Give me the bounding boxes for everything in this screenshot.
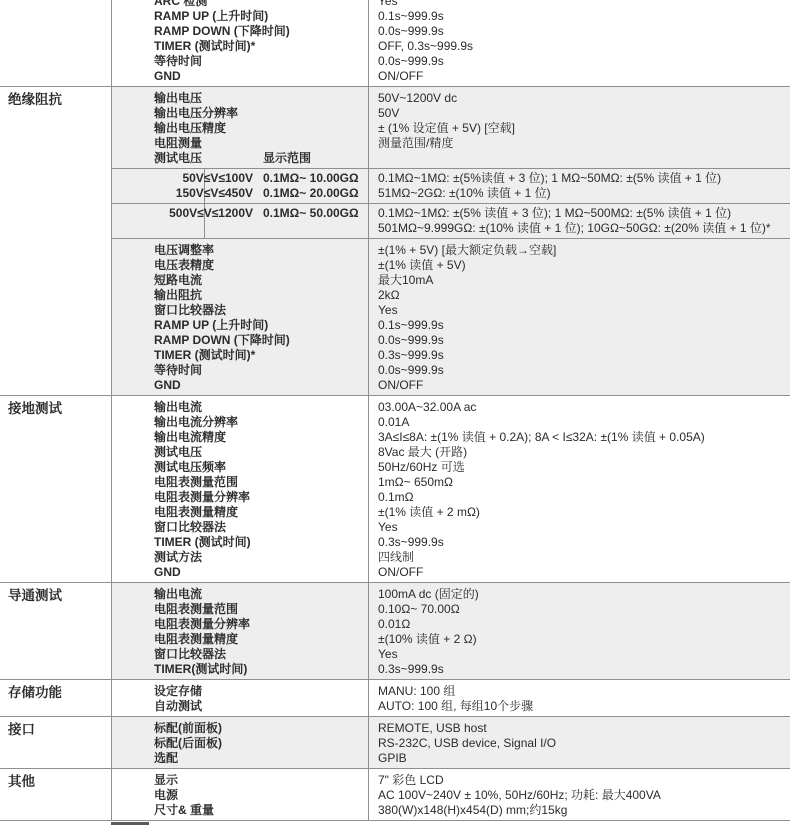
spec-value: 7" 彩色 LCD [378,773,784,788]
range-row: 500V≤V≤1200V0.1MΩ~ 50.00GΩ [112,206,368,221]
spec-value: Yes [378,303,784,318]
spec-label: 选配 [154,751,368,766]
spec-label: 等待时间 [154,363,368,378]
spec-label: 输出电流分辨率 [154,415,368,430]
spec-label: 测试方法 [154,550,368,565]
value-column: 03.00A~32.00A ac0.01A3A≤I≤8A: ±(1% 读值 + … [368,396,790,582]
section-ground-bond-test: 接地测试输出电流输出电流分辨率输出电流精度测试电压测试电压频率电阻表测量范围电阻… [0,395,790,582]
spec-label: TIMER (测试时间) [154,535,368,550]
spec-label: RAMP DOWN (下降时间) [154,24,368,39]
spec-label: 输出电流精度 [154,430,368,445]
section-others: 其他显示电源尺寸& 重量7" 彩色 LCDAC 100V~240V ± 10%,… [0,768,790,820]
category-label: 其他 [0,769,111,820]
spec-label: 设定存储 [154,684,368,699]
value-column: 100mA dc (固定的)0.10Ω~ 70.00Ω0.01Ω±(10% 读值… [368,583,790,679]
category-label: 接口 [0,717,111,768]
section-body: 输出电压输出电压分辨率输出电压精度电阻测量测试电压显示范围50V~1200V d… [111,87,790,395]
label-column: 设定存储自动测试 [112,680,368,716]
spec-label: GND [154,565,368,580]
spec-value: 8Vac 最大 (开路) [378,445,784,460]
spec-label: 自动测试 [154,699,368,714]
subtable-header-col1: 测试电压 [154,151,263,166]
section-body: 设定存储自动测试MANU: 100 组AUTO: 100 组, 每组10个步骤 [111,680,790,716]
spec-label: 窗口比较器法 [154,303,368,318]
spec-label: 输出电流 [154,587,368,602]
display-range: 0.1MΩ~ 50.00GΩ [263,206,359,221]
category-label [0,0,111,86]
subtable-ranges: 500V≤V≤1200V0.1MΩ~ 50.00GΩ [112,204,368,238]
spec-value: Yes [378,0,784,9]
table-bottom-border [0,820,790,827]
value-column: MANU: 100 组AUTO: 100 组, 每组10个步骤 [368,680,790,716]
subtable-header-col2: 显示范围 [263,151,311,165]
spec-value: AUTO: 100 组, 每组10个步骤 [378,699,784,714]
spec-value: ON/OFF [378,69,784,84]
section-storage-function: 存储功能设定存储自动测试MANU: 100 组AUTO: 100 组, 每组10… [0,679,790,716]
spec-label: 输出电压精度 [154,121,368,136]
spec-label: RAMP DOWN (下降时间) [154,333,368,348]
spec-value: 0.10Ω~ 70.00Ω [378,602,784,617]
spec-value: 1mΩ~ 650mΩ [378,475,784,490]
label-column: 显示电源尺寸& 重量 [112,769,368,820]
section-withstand-end: ARC 检测RAMP UP (上升时间)RAMP DOWN (下降时间)TIME… [0,0,790,86]
spec-label: 窗口比较器法 [154,647,368,662]
spec-block: 输出电流输出电流分辨率输出电流精度测试电压测试电压频率电阻表测量范围电阻表测量分… [112,396,790,582]
spec-value: 03.00A~32.00A ac [378,400,784,415]
spec-label: 电压调整率 [154,243,368,258]
spec-value: 380(W)x148(H)x454(D) mm;约15kg [378,803,784,818]
spec-value: 测量范围/精度 [378,136,784,151]
display-range: 0.1MΩ~ 10.00GΩ [263,171,359,186]
subtable-accuracy: 0.1MΩ~1MΩ: ±(5% 读值 + 3 位); 1 MΩ~500MΩ: ±… [368,204,790,238]
accuracy-value: 51MΩ~2GΩ: ±(10% 读值 + 1 位) [378,186,784,201]
section-insulation-resistance: 绝缘阻抗输出电压输出电压分辨率输出电压精度电阻测量测试电压显示范围50V~120… [0,86,790,395]
spec-label: TIMER(测试时间) [154,662,368,677]
section-continuity-test: 导通测试输出电流电阻表测量范围电阻表测量分辨率电阻表测量精度窗口比较器法TIME… [0,582,790,679]
section-body: 输出电流输出电流分辨率输出电流精度测试电压测试电压频率电阻表测量范围电阻表测量分… [111,396,790,582]
section-body: 标配(前面板)标配(后面板)选配REMOTE, USB hostRS-232C,… [111,717,790,768]
spec-value: 0.3s~999.9s [378,348,784,363]
category-label: 接地测试 [0,396,111,582]
range-row: 150V≤V≤450V0.1MΩ~ 20.00GΩ [112,186,368,201]
spec-label: 显示 [154,773,368,788]
spec-label: TIMER (测试时间)* [154,39,368,54]
category-label: 绝缘阻抗 [0,87,111,395]
test-voltage-range: 50V≤V≤100V [112,171,253,186]
spec-block: 输出电流电阻表测量范围电阻表测量分辨率电阻表测量精度窗口比较器法TIMER(测试… [112,583,790,679]
spec-value: AC 100V~240V ± 10%, 50Hz/60Hz; 功耗: 最大400… [378,788,784,803]
spec-value: ±(1% + 5V) [最大额定负载→空载] [378,243,784,258]
category-label: 导通测试 [0,583,111,679]
spec-table: ARC 检测RAMP UP (上升时间)RAMP DOWN (下降时间)TIME… [0,0,790,827]
accuracy-value: 501MΩ~9.999GΩ: ±(10% 读值 + 1 位); 10GΩ~50G… [378,221,784,236]
spec-label: RAMP UP (上升时间) [154,318,368,333]
spec-label: ARC 检测 [154,0,368,9]
spec-value: Yes [378,520,784,535]
subtable-header: 测试电压显示范围 [154,151,368,166]
spec-label: 电阻表测量精度 [154,505,368,520]
test-voltage-range: 150V≤V≤450V [112,186,253,201]
accuracy-value: 0.1MΩ~1MΩ: ±(5% 读值 + 3 位); 1 MΩ~500MΩ: ±… [378,206,784,221]
spec-value: 0.0s~999.9s [378,333,784,348]
spec-value: ±(1% 读值 + 5V) [378,258,784,273]
label-column: 标配(前面板)标配(后面板)选配 [112,717,368,768]
spec-value: GPIB [378,751,784,766]
value-column: REMOTE, USB hostRS-232C, USB device, Sig… [368,717,790,768]
spec-block: 输出电压输出电压分辨率输出电压精度电阻测量测试电压显示范围50V~1200V d… [112,87,790,168]
subtable-group: 50V≤V≤100V0.1MΩ~ 10.00GΩ150V≤V≤450V0.1MΩ… [112,169,790,203]
spec-value: Yes [378,647,784,662]
spec-value: 50Hz/60Hz 可选 [378,460,784,475]
spec-label: 电源 [154,788,368,803]
spec-label: 测试电压频率 [154,460,368,475]
value-column: 7" 彩色 LCDAC 100V~240V ± 10%, 50Hz/60Hz; … [368,769,790,820]
spec-label: 短路电流 [154,273,368,288]
spec-label: 电阻表测量范围 [154,475,368,490]
spec-block: ARC 检测RAMP UP (上升时间)RAMP DOWN (下降时间)TIME… [112,0,790,86]
spec-block: 标配(前面板)标配(后面板)选配REMOTE, USB hostRS-232C,… [112,717,790,768]
value-column: Yes0.1s~999.9s0.0s~999.9sOFF, 0.3s~999.9… [368,0,790,86]
spec-label: 电阻表测量范围 [154,602,368,617]
spec-label: 输出电流 [154,400,368,415]
spec-value: REMOTE, USB host [378,721,784,736]
label-column: ARC 检测RAMP UP (上升时间)RAMP DOWN (下降时间)TIME… [112,0,368,86]
spec-value: 最大10mA [378,273,784,288]
spec-value: 0.0s~999.9s [378,54,784,69]
spec-value: 2kΩ [378,288,784,303]
section-body: ARC 检测RAMP UP (上升时间)RAMP DOWN (下降时间)TIME… [111,0,790,86]
accuracy-value: 0.1MΩ~1MΩ: ±(5%读值 + 3 位); 1 MΩ~50MΩ: ±(5… [378,171,784,186]
spec-label: 测试电压 [154,445,368,460]
section-interface: 接口标配(前面板)标配(后面板)选配REMOTE, USB hostRS-232… [0,716,790,768]
label-column: 输出电流输出电流分辨率输出电流精度测试电压测试电压频率电阻表测量范围电阻表测量分… [112,396,368,582]
value-column: ±(1% + 5V) [最大额定负载→空载]±(1% 读值 + 5V)最大10m… [368,239,790,395]
section-body: 输出电流电阻表测量范围电阻表测量分辨率电阻表测量精度窗口比较器法TIMER(测试… [111,583,790,679]
subtable-ranges: 50V≤V≤100V0.1MΩ~ 10.00GΩ150V≤V≤450V0.1MΩ… [112,169,368,203]
spec-value: 100mA dc (固定的) [378,587,784,602]
spec-value: OFF, 0.3s~999.9s [378,39,784,54]
spec-label: 窗口比较器法 [154,520,368,535]
spec-block: 设定存储自动测试MANU: 100 组AUTO: 100 组, 每组10个步骤 [112,680,790,716]
bottom-border-stub [111,822,149,825]
spec-label: 标配(前面板) [154,721,368,736]
section-body: 显示电源尺寸& 重量7" 彩色 LCDAC 100V~240V ± 10%, 5… [111,769,790,820]
spec-value: 0.3s~999.9s [378,662,784,677]
spec-value: 50V [378,106,784,121]
spec-label: 电阻测量 [154,136,368,151]
range-row: 50V≤V≤100V0.1MΩ~ 10.00GΩ [112,171,368,186]
spec-value: ±(10% 读值 + 2 Ω) [378,632,784,647]
spec-value: 0.1s~999.9s [378,318,784,333]
spec-value: 50V~1200V dc [378,91,784,106]
spec-value: RS-232C, USB device, Signal I/O [378,736,784,751]
spec-label: RAMP UP (上升时间) [154,9,368,24]
subtable-accuracy: 0.1MΩ~1MΩ: ±(5%读值 + 3 位); 1 MΩ~50MΩ: ±(5… [368,169,790,203]
spec-label: 等待时间 [154,54,368,69]
spec-label: 尺寸& 重量 [154,803,368,818]
spec-value: ON/OFF [378,565,784,580]
spec-label: GND [154,378,368,393]
spec-value: ± (1% 设定值 + 5V) [空载] [378,121,784,136]
value-column: 50V~1200V dc50V± (1% 设定值 + 5V) [空载]测量范围/… [368,87,790,168]
spec-value: 0.01Ω [378,617,784,632]
subtable-group: 500V≤V≤1200V0.1MΩ~ 50.00GΩ0.1MΩ~1MΩ: ±(5… [112,203,790,238]
label-column: 电压调整率电压表精度短路电流输出阻抗窗口比较器法RAMP UP (上升时间)RA… [112,239,368,395]
spec-value: 四线制 [378,550,784,565]
spec-value: ON/OFF [378,378,784,393]
spec-label: 输出电压 [154,91,368,106]
category-label: 存储功能 [0,680,111,716]
spec-label: 电阻表测量分辨率 [154,617,368,632]
spec-value: 0.1mΩ [378,490,784,505]
spec-label: 电阻表测量分辨率 [154,490,368,505]
test-voltage-range: 500V≤V≤1200V [112,206,253,221]
spec-label: 输出电压分辨率 [154,106,368,121]
label-column: 输出电流电阻表测量范围电阻表测量分辨率电阻表测量精度窗口比较器法TIMER(测试… [112,583,368,679]
label-column: 输出电压输出电压分辨率输出电压精度电阻测量测试电压显示范围 [112,87,368,168]
spec-label: 标配(后面板) [154,736,368,751]
spec-value: 0.01A [378,415,784,430]
spec-value: 0.1s~999.9s [378,9,784,24]
spec-value: 0.3s~999.9s [378,535,784,550]
spec-block: 电压调整率电压表精度短路电流输出阻抗窗口比较器法RAMP UP (上升时间)RA… [112,238,790,395]
spec-label: TIMER (测试时间)* [154,348,368,363]
voltage-range-subtable: 50V≤V≤100V0.1MΩ~ 10.00GΩ150V≤V≤450V0.1MΩ… [112,168,790,238]
spec-value: 0.0s~999.9s [378,24,784,39]
spec-label: 电压表精度 [154,258,368,273]
display-range: 0.1MΩ~ 20.00GΩ [263,186,359,201]
spec-value: 3A≤I≤8A: ±(1% 读值 + 0.2A); 8A < I≤32A: ±(… [378,430,784,445]
spec-label: 输出阻抗 [154,288,368,303]
spec-label: GND [154,69,368,84]
spec-value: 0.0s~999.9s [378,363,784,378]
spec-value: ±(1% 读值 + 2 mΩ) [378,505,784,520]
spec-block: 显示电源尺寸& 重量7" 彩色 LCDAC 100V~240V ± 10%, 5… [112,769,790,820]
spec-value: MANU: 100 组 [378,684,784,699]
spec-label: 电阻表测量精度 [154,632,368,647]
